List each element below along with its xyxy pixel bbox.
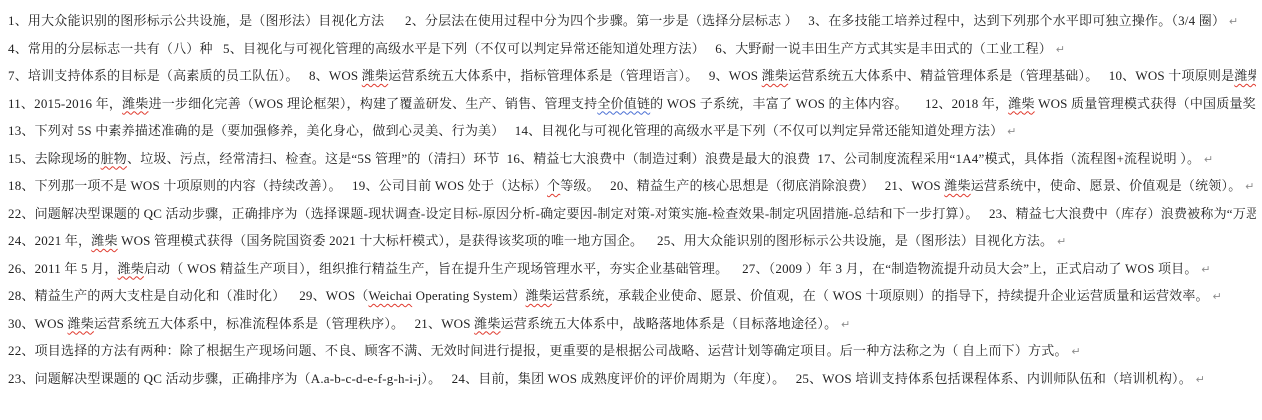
text-run: 7、培训支持体系的目标是（高素质的员工队伍）。 8、WOS [8,68,362,83]
document-line[interactable]: 15、去除现场的脏物、垃圾、污点，经常清扫、检查。这是“5S 管理”的（清扫）环… [8,145,1256,173]
paragraph-mark-icon: ↵ [1200,153,1213,166]
text-run: 13、下列对 5S 中素养描述准确的是（要加强修养，美化身心，做到心灵美、行为美… [8,123,1003,138]
text-run: 30、WOS [8,316,68,331]
text-run: WOS 质量管理模式获得（中国质量奖） [1035,96,1256,111]
document-line[interactable]: 28、精益生产的两大支柱是自动化和（准时化） 29、WOS（Weichai Op… [8,282,1256,310]
text-run: 启动（ WOS 精益生产项目），组织推行精益生产，旨在提升生产现场管理水平，夯实… [144,261,1198,276]
spellcheck-red-word: 潍柴 [1008,96,1034,111]
paragraph-mark-icon: ↵ [1209,290,1222,303]
paragraph-mark-icon: ↵ [837,318,850,331]
text-run: 运营系统五大体系中，标准流程体系是（管理秩序）。 21、WOS [94,316,474,331]
document-line[interactable]: 22、问题解决型课题的 QC 活动步骤，正确排序为（选择课题-现状调查-设定目标… [8,200,1256,228]
text-run: 运营系统五大体系中，指标管理体系是（管理语言）。 9、WOS [388,68,762,83]
spellcheck-red-word: 潍柴 [1234,68,1256,83]
spellcheck-red-word: 潍柴 [122,96,148,111]
document-page[interactable]: 1、用大众能识别的图形标示公共设施，是（图形法）目视化方法 2、分层法在使用过程… [0,0,1262,420]
paragraph-mark-icon: ↵ [1068,345,1081,358]
spellcheck-red-word: 潍柴 [118,261,144,276]
text-run: 的 WOS 子系统，丰富了 WOS 的主体内容。 12、2018 年， [650,96,1008,111]
text-run: 11、2015-2016 年， [8,96,122,111]
spellcheck-blue-word: 全价值链 [597,96,650,111]
text-run: 28、精益生产的两大支柱是自动化和（准时化） 29、WOS（ [8,288,369,303]
text-run: 、垃圾、污点，经常清扫、检查。这是“5S 管理”的（清扫）环节 16、精益七大浪… [127,151,1200,166]
text-run: 22、问题解决型课题的 QC 活动步骤，正确排序为（选择课题-现状调查-设定目标… [8,206,1256,221]
text-run: 22、项目选择的方法有两种：除了根据生产现场问题、不良、顾客不满、无效时间进行提… [8,343,1068,358]
document-line[interactable]: 22、项目选择的方法有两种：除了根据生产现场问题、不良、顾客不满、无效时间进行提… [8,337,1256,365]
document-line[interactable]: 26、2011 年 5 月，潍柴启动（ WOS 精益生产项目），组织推行精益生产… [8,255,1256,283]
document-line[interactable]: 18、下列那一项不是 WOS 十项原则的内容（持续改善）。 19、公司目前 WO… [8,172,1256,200]
spellcheck-red-word: 潍柴 [762,68,788,83]
text-run: WOS 管理模式获得（国务院国资委 2021 十大标杆模式），是获得该奖项的唯一… [118,233,1054,248]
spellcheck-red-word: 潍柴 [944,178,970,193]
text-run: 进一步细化完善（WOS 理论框架），构建了覆盖研发、生产、销售、管理支持 [149,96,598,111]
spellcheck-red-word: Weichai [369,288,413,303]
document-line[interactable]: 7、培训支持体系的目标是（高素质的员工队伍）。 8、WOS 潍柴运营系统五大体系… [8,62,1256,90]
text-run: 24、2021 年， [8,233,91,248]
spellcheck-red-word: 潍柴 [526,288,552,303]
text-run: Operating System） [412,288,525,303]
text-run: 运营系统，承载企业使命、愿景、价值观，在（ WOS 十项原则）的指导下，持续提升… [552,288,1209,303]
paragraph-mark-icon: ↵ [1198,263,1211,276]
paragraph-mark-icon: ↵ [1192,373,1205,386]
spellcheck-red-word: 潍柴 [91,233,117,248]
document-line[interactable]: 30、WOS 潍柴运营系统五大体系中，标准流程体系是（管理秩序）。 21、WOS… [8,310,1256,338]
spellcheck-red-word: 潍柴 [68,316,94,331]
text-run: 等级。 20、精益生产的核心思想是（彻底消除浪费） 21、WOS [560,178,944,193]
spellcheck-red-word: 个 [547,178,560,193]
spellcheck-red-word: 脏物 [101,151,127,166]
text-run: 运营系统五大体系中，战略落地体系是（目标落地途径）。 [501,316,838,331]
spellcheck-red-word: 潍柴 [474,316,500,331]
paragraph-mark-icon: ↵ [1003,125,1016,138]
document-line[interactable]: 4、常用的分层标志一共有（八）种 5、目视化与可视化管理的高级水平是下列（不仅可… [8,35,1256,63]
text-run: 15、去除现场的 [8,151,101,166]
paragraph-mark-icon: ↵ [1241,180,1254,193]
paragraph-mark-icon: ↵ [1053,235,1066,248]
document-line[interactable]: 1、用大众能识别的图形标示公共设施，是（图形法）目视化方法 2、分层法在使用过程… [8,7,1256,35]
paragraph-mark-icon: ↵ [1052,43,1065,56]
text-run: 26、2011 年 5 月， [8,261,118,276]
paragraph-mark-icon: ↵ [1225,15,1238,28]
text-run: 23、问题解决型课题的 QC 活动步骤，正确排序为（A.a-b-c-d-e-f-… [8,371,1192,386]
document-line[interactable]: 23、问题解决型课题的 QC 活动步骤，正确排序为（A.a-b-c-d-e-f-… [8,365,1256,393]
document-line[interactable]: 13、下列对 5S 中素养描述准确的是（要加强修养，美化身心，做到心灵美、行为美… [8,117,1256,145]
text-run: 1、用大众能识别的图形标示公共设施，是（图形法）目视化方法 2、分层法在使用过程… [8,13,1225,28]
text-run: 18、下列那一项不是 WOS 十项原则的内容（持续改善）。 19、公司目前 WO… [8,178,547,193]
spellcheck-red-word: 潍柴 [362,68,388,83]
document-line[interactable]: 11、2015-2016 年，潍柴进一步细化完善（WOS 理论框架），构建了覆盖… [8,90,1256,118]
text-run: 运营系统五大体系中、精益管理体系是（管理基础）。 10、WOS 十项原则是 [788,68,1234,83]
text-run: 运营系统中，使命、愿景、价值观是（统领）。 [971,178,1242,193]
document-line[interactable]: 24、2021 年，潍柴 WOS 管理模式获得（国务院国资委 2021 十大标杆… [8,227,1256,255]
text-run: 4、常用的分层标志一共有（八）种 5、目视化与可视化管理的高级水平是下列（不仅可… [8,41,1052,56]
